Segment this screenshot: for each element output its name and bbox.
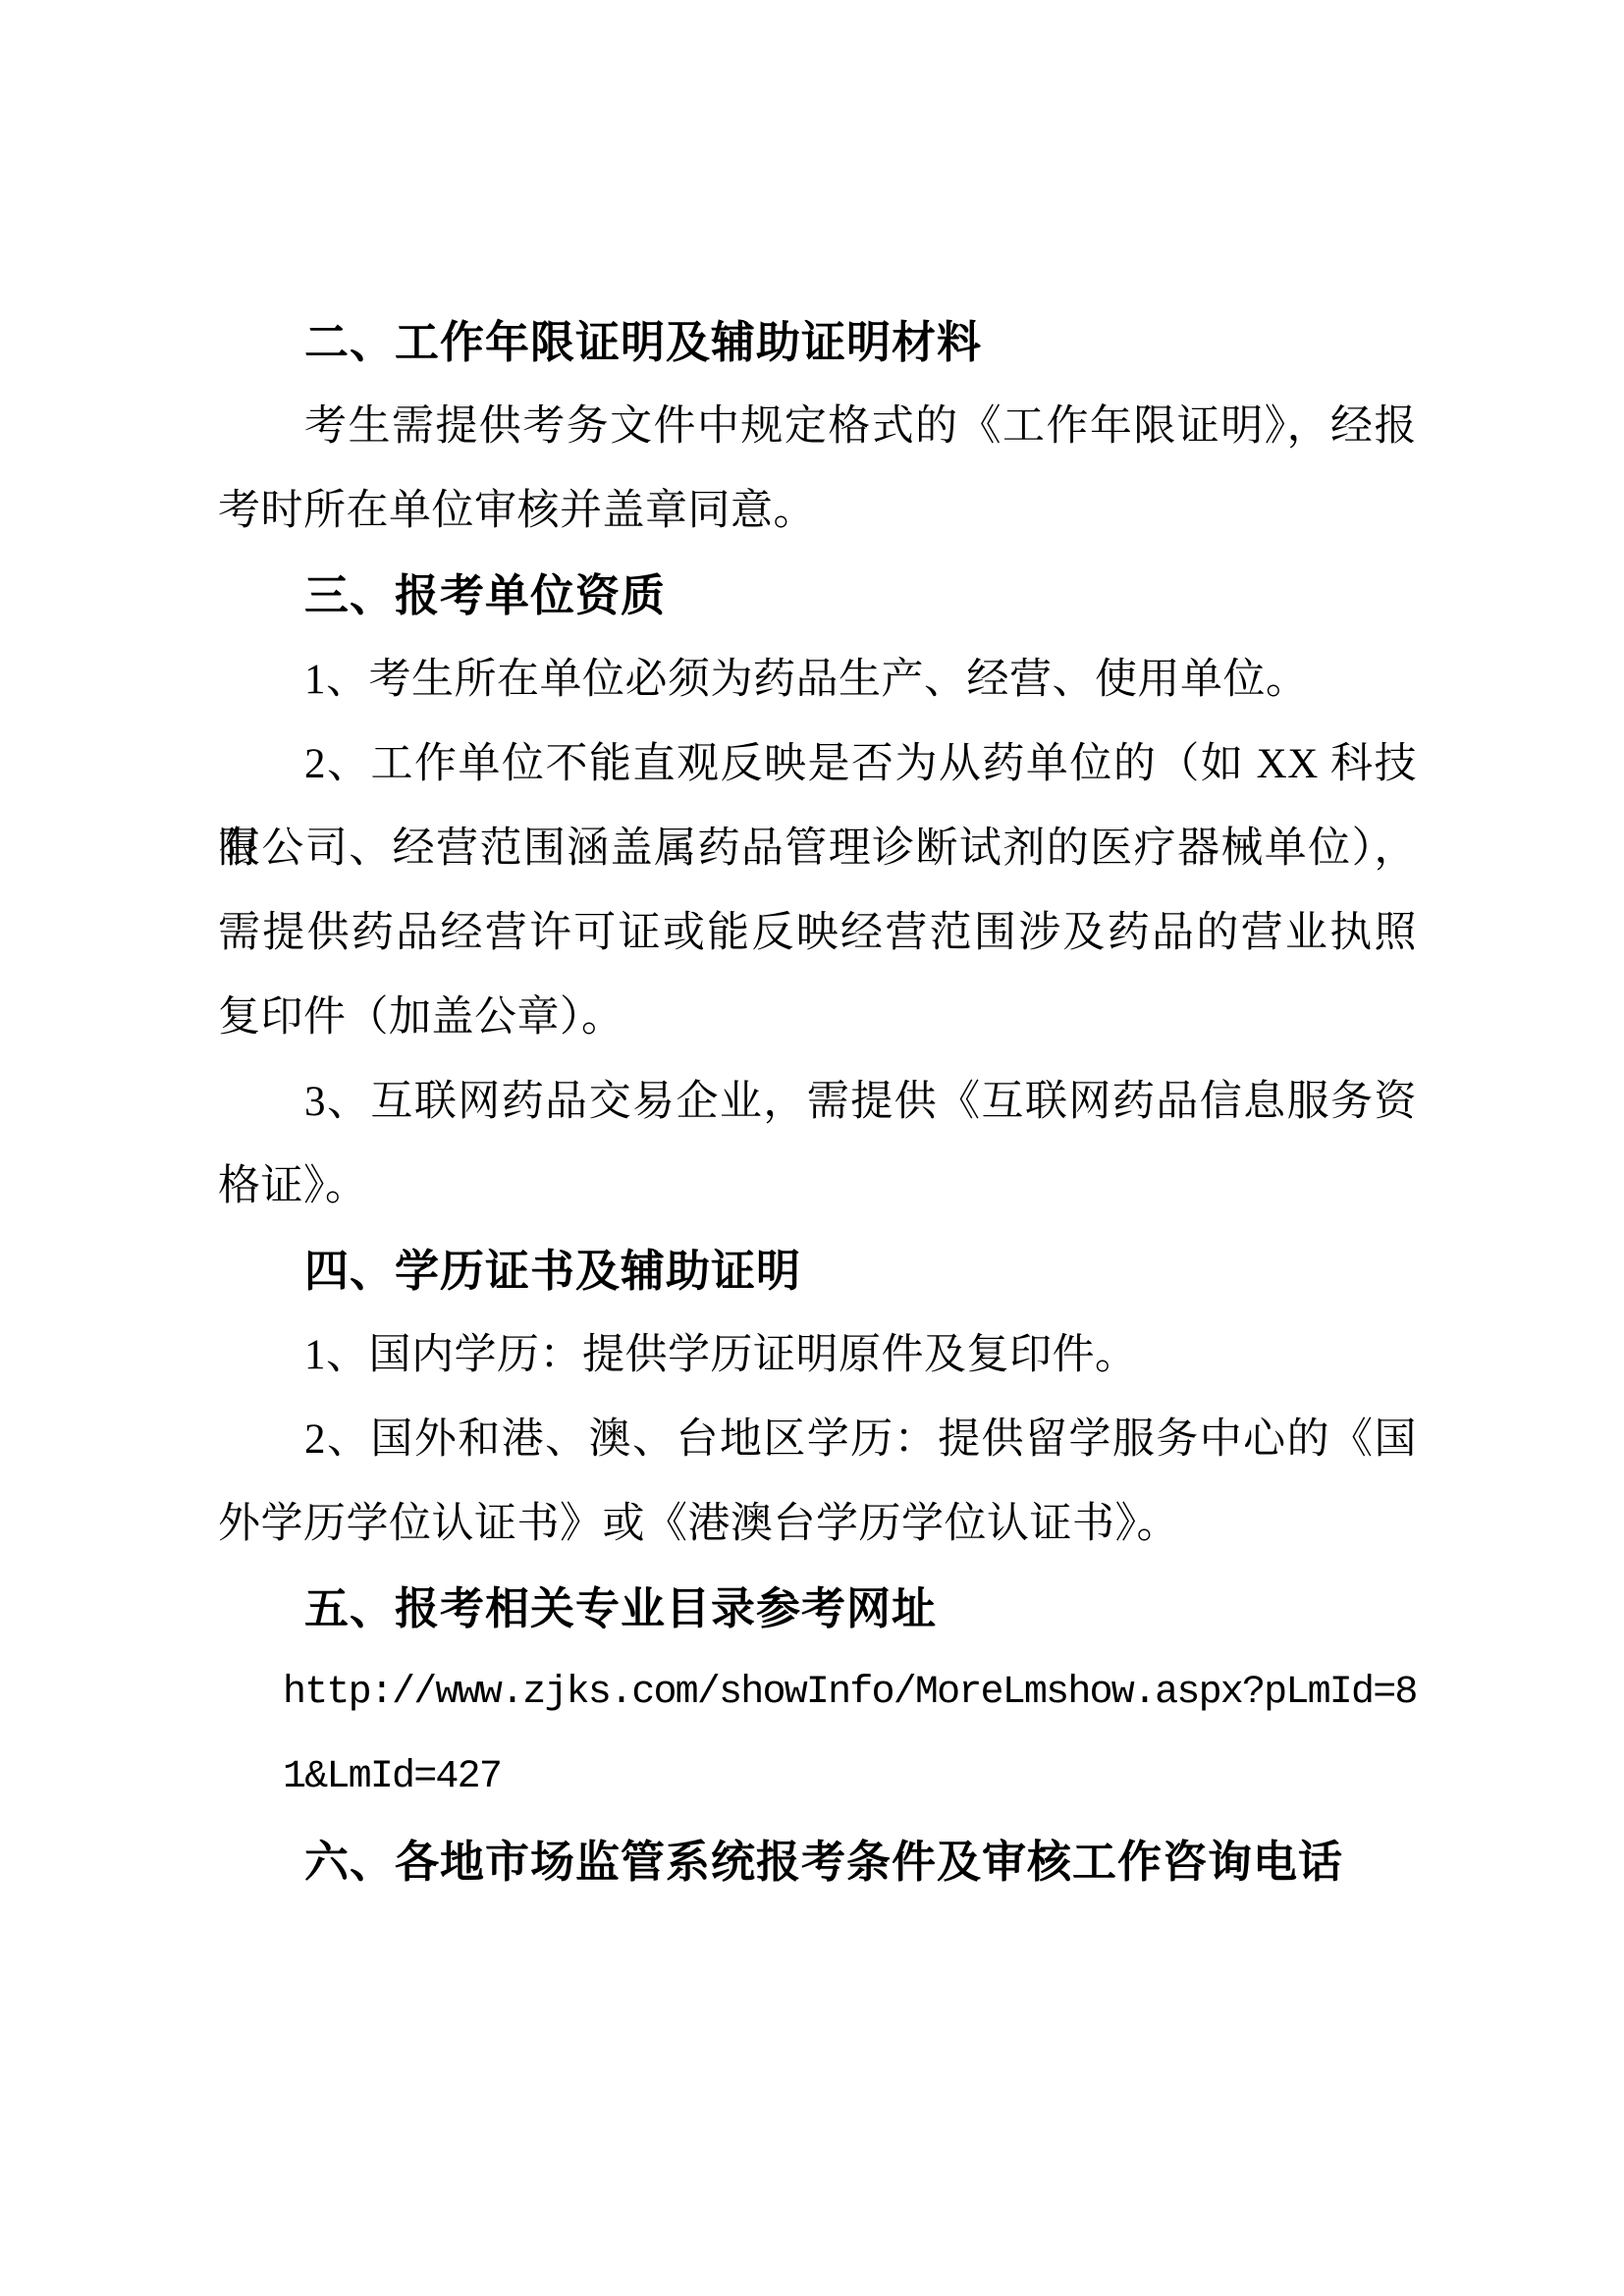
paragraph-line: 格证》。: [218, 1145, 1417, 1229]
heading-section-5: 五、报考相关专业目录参考网址: [218, 1567, 1417, 1651]
paragraph-line: 限公司、经营范围涵盖属药品管理诊断试剂的医疗器械单位），: [218, 807, 1417, 891]
paragraph-line: 1、考生所在单位必须为药品生产、经营、使用单位。: [218, 638, 1417, 722]
reference-url-line: 1&LmId=427: [218, 1735, 1417, 1820]
paragraph-line: 1、国内学历：提供学历证明原件及复印件。: [218, 1313, 1417, 1398]
paragraph-line: 外学历学位认证书》或《港澳台学历学位认证书》。: [218, 1482, 1417, 1567]
document-page: 二、工作年限证明及辅助证明材料 考生需提供考务文件中规定格式的《工作年限证明》，…: [0, 0, 1624, 2296]
heading-section-2: 二、工作年限证明及辅助证明材料: [218, 300, 1417, 385]
paragraph-line: 考时所在单位审核并盖章同意。: [218, 469, 1417, 554]
paragraph-line: 复印件（加盖公章）。: [218, 976, 1417, 1060]
document-content: 二、工作年限证明及辅助证明材料 考生需提供考务文件中规定格式的《工作年限证明》，…: [218, 300, 1417, 1904]
paragraph-line: 2、国外和港、澳、台地区学历：提供留学服务中心的《国: [218, 1398, 1417, 1482]
reference-url-line: http://www.zjks.com/showInfo/MoreLmshow.…: [218, 1651, 1417, 1735]
heading-section-4: 四、学历证书及辅助证明: [218, 1229, 1417, 1313]
paragraph-line: 考生需提供考务文件中规定格式的《工作年限证明》，经报: [218, 385, 1417, 469]
heading-section-3: 三、报考单位资质: [218, 554, 1417, 638]
paragraph-line: 需提供药品经营许可证或能反映经营范围涉及药品的营业执照: [218, 891, 1417, 976]
paragraph-line: 3、互联网药品交易企业，需提供《互联网药品信息服务资: [218, 1060, 1417, 1145]
paragraph-line: 2、工作单位不能直观反映是否为从药单位的（如 XX 科技有: [218, 722, 1417, 807]
heading-section-6: 六、各地市场监管系统报考条件及审核工作咨询电话: [218, 1820, 1417, 1904]
